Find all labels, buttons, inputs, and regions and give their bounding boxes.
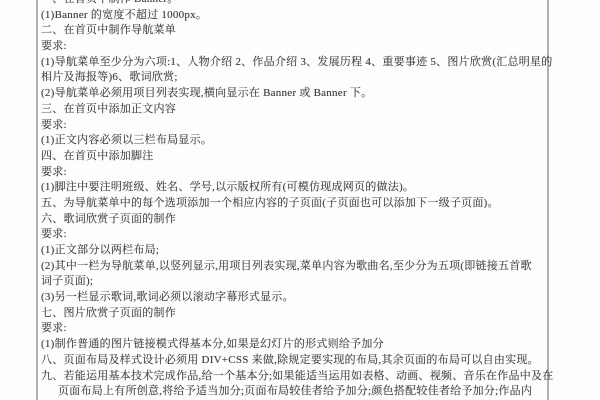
table-border-left <box>36 0 38 400</box>
document-line: 一、在首页中制作 Banner。 <box>41 0 546 8</box>
document-line: (1)正文部分以两栏布局; <box>41 243 546 259</box>
document-line: 要求: <box>41 227 546 243</box>
document-line: (1)脚注中要注明班级、姓名、学号,以示版权所有(可模仿现成网页的做法)。 <box>41 180 546 196</box>
document-line: (3)另一栏显示歌词,歌词必须以滚动字幕形式显示。 <box>41 290 546 306</box>
document-line: 要求: <box>41 321 546 337</box>
document-line: 九、若能运用基本技术完成作品,给一个基本分;如果能适当运用如表格、动画、视频、音… <box>41 369 546 385</box>
document-line: 要求: <box>41 165 546 181</box>
document-line: 页面布局上有所创意,将给予适当加分;页面布局较佳者给予加分;颜色搭配较佳者给予加… <box>41 384 546 400</box>
document-line: (1)制作普通的图片链接模式得基本分,如果是幻灯片的形式则给予加分 <box>41 337 546 353</box>
document-line: 八、页面布局及样式设计必须用 DIV+CSS 来做,除规定要实现的布局,其余页面… <box>41 353 546 369</box>
document-line: 七、图片欣赏子页面的制作 <box>41 306 546 322</box>
document-line: (1)导航菜单至少分为六项:1、人物介绍 2、作品介绍 3、发展历程 4、重要事… <box>41 55 546 71</box>
document-line: 要求: <box>41 39 546 55</box>
document-line: 六、歌词欣赏子页面的制作 <box>41 212 546 228</box>
document-line: 二、在首页中制作导航菜单 <box>41 23 546 39</box>
document-text: 一、在首页中制作 Banner。(1)Banner 的宽度不超过 1000px。… <box>41 0 546 400</box>
document-line: 相片及海报等)6、歌词欣赏; <box>41 70 546 86</box>
document-line: 四、在首页中添加脚注 <box>41 149 546 165</box>
document-line: 五、为导航菜单中的每个选项添加一个相应内容的子页面(子页面也可以添加下一级子页面… <box>41 196 546 212</box>
document-line: 三、在首页中添加正文内容 <box>41 102 546 118</box>
scanned-document-page: 一、在首页中制作 Banner。(1)Banner 的宽度不超过 1000px。… <box>0 0 600 400</box>
document-line: (1)Banner 的宽度不超过 1000px。 <box>41 8 546 24</box>
document-line: (2)其中一栏为导航菜单,以竖列显示,用项目列表实现,菜单内容为歌曲名,至少分为… <box>41 259 546 275</box>
document-line: 词子页面); <box>41 274 546 290</box>
document-line: 要求: <box>41 118 546 134</box>
document-line: (2)导航菜单必须用项目列表实现,横向显示在 Banner 或 Banner 下… <box>41 86 546 102</box>
document-line: (1)正文内容必须以三栏布局显示。 <box>41 133 546 149</box>
